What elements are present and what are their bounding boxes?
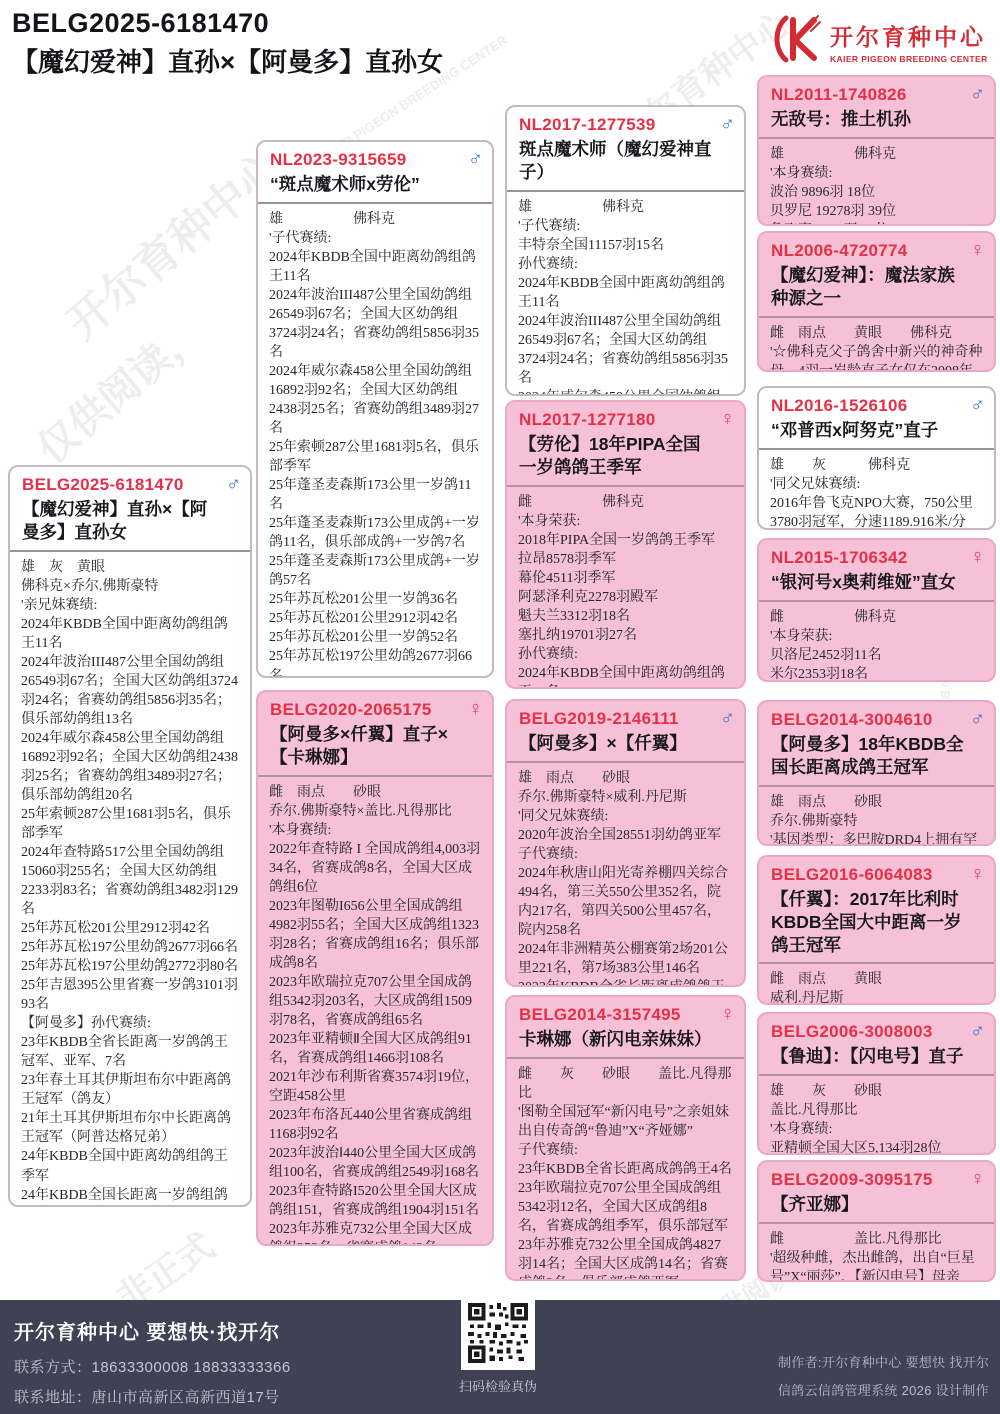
pedigree-card-granddam-2: BELG2014-3157495 ♀ 卡琳娜（新闪电亲妹妹） 雌 灰 砂眼 盖比…: [505, 995, 746, 1281]
male-icon: ♂: [720, 708, 735, 728]
pedigree-card-mother: BELG2020-2065175 ♀ 【阿曼多×仟翼】直子×【卡琳娜】 雌 雨点…: [256, 690, 494, 1246]
card-title: “斑点魔术师x劳伦”: [270, 173, 462, 196]
card-header: NL2017-1277180 ♀ 【劳伦】18年PIPA全国一岁鸽鸽王季军: [507, 402, 744, 487]
card-title: 【阿曼多】18年KBDB全国长距离成鸽王冠军: [771, 733, 964, 779]
card-header: NL2015-1706342 ♀ “银河号x奥莉维娅”直女: [759, 540, 994, 602]
male-icon: ♂: [226, 474, 241, 494]
card-header: NL2023-9315659 ♂ “斑点魔术师x劳伦”: [258, 142, 492, 204]
page-title: BELG2025-6181470 【魔幻爱神】直孙×【阿曼多】直孙女: [12, 8, 443, 79]
male-icon: ♂: [970, 1021, 985, 1041]
card-body: 雌 雨点 砂眼 乔尔.佛斯豪特×盖比.凡得那比 '本身赛绩: 2022年查特路 …: [258, 777, 492, 1247]
pedigree-card-ggp-3: NL2016-1526106 ♂ “邓普西x阿努克”直子 雄 灰 佛科克 '同父…: [757, 386, 996, 530]
female-icon: ♀: [720, 1004, 735, 1024]
card-body: 雄 雨点 砂眼 乔尔.佛斯豪特 '基因类型：多巴胺DRD4上拥有罕见的ICTCT…: [759, 787, 994, 847]
ring-number: BELG2025-6181470: [22, 475, 220, 495]
card-title: 【阿曼多×仟翼】直子×【卡琳娜】: [270, 723, 462, 769]
card-title: “银河号x奥莉维娅”直女: [771, 571, 964, 594]
footer-maker-line1: 制作者:开尔育种中心 要想快 找开尔: [778, 1352, 989, 1371]
card-header: BELG2009-3095175 ♀ 【齐亚娜】: [759, 1162, 994, 1224]
card-title: 斑点魔术师（魔幻爱神直子）: [519, 138, 714, 184]
card-header: BELG2006-3008003 ♂ 【鲁迪】：【闪电号】直子: [759, 1014, 994, 1076]
card-title: 无敌号：推土机孙: [771, 108, 964, 131]
ring-number: NL2011-1740826: [771, 85, 964, 105]
ring-number: BELG2014-3004610: [771, 710, 964, 730]
ring-number: NL2016-1526106: [771, 396, 964, 416]
card-title: 【魔幻爱神】：魔法家族种源之一: [771, 264, 964, 310]
ring-number: BELG2006-3008003: [771, 1022, 964, 1042]
ring-number: NL2017-1277539: [519, 115, 714, 135]
footer-slogan: 开尔育种中心 要想快·找开尔: [14, 1316, 280, 1345]
pedigree-card-ggp-5: BELG2014-3004610 ♂ 【阿曼多】18年KBDB全国长距离成鸽王冠…: [757, 700, 996, 846]
male-icon: ♂: [468, 149, 483, 169]
card-title: 【鲁迪】：【闪电号】直子: [771, 1045, 964, 1068]
card-header: BELG2020-2065175 ♀ 【阿曼多×仟翼】直子×【卡琳娜】: [258, 692, 492, 777]
brand-name-cn: 开尔育种中心: [830, 19, 988, 52]
female-icon: ♀: [970, 547, 985, 567]
card-body: 雄 佛科克 '子代赛绩: 丰特奈全国11157羽15名 孙代赛绩: 2024年K…: [507, 192, 744, 397]
pedigree-card-ggp-1: NL2011-1740826 ♂ 无敌号：推土机孙 雄 佛科克 '本身赛绩: 波…: [757, 75, 996, 226]
brand-name-en: KAIER PIGEON BREEDING CENTER: [830, 54, 988, 64]
qr-label: 扫码检验真伪: [441, 1376, 555, 1395]
footer-address: 联系地址：唐山市高新区高新西道17号: [14, 1386, 280, 1407]
card-title: 【阿曼多】×【仟翼】: [519, 732, 714, 755]
ring-number: BELG2014-3157495: [519, 1005, 714, 1025]
female-icon: ♀: [720, 409, 735, 429]
pedigree-card-grandsire-1: NL2017-1277539 ♂ 斑点魔术师（魔幻爱神直子） 雄 佛科克 '子代…: [505, 105, 746, 396]
pedigree-card-ggp-8: BELG2009-3095175 ♀ 【齐亚娜】 雌 盖比.凡得那比 '超级种雌…: [757, 1160, 996, 1282]
female-icon: ♀: [970, 1169, 985, 1189]
qr-code: [461, 1296, 535, 1370]
watermark: 仅供阅读，: [23, 302, 213, 474]
card-body: 雄 灰 黄眼 佛科克×乔尔.佛斯豪特 '亲兄妹赛绩: 2024年KBDB全国中距…: [10, 552, 250, 1208]
ring-number: NL2023-9315659: [270, 150, 462, 170]
ring-number: BELG2009-3095175: [771, 1170, 964, 1190]
card-header: BELG2019-2146111 ♂ 【阿曼多】×【仟翼】: [507, 701, 744, 763]
ring-number: NL2017-1277180: [519, 410, 714, 430]
male-icon: ♂: [970, 84, 985, 104]
pedigree-card-ggp-2: NL2006-4720774 ♀ 【魔幻爱神】：魔法家族种源之一 雌 雨点 黄眼…: [757, 231, 996, 372]
card-body: 雌 佛科克 '本身荣获: 贝洛尼2452羽11名 米尔2353羽18名 查特鲁1…: [759, 602, 994, 682]
footer-maker-line2: 信鸽云信鸽管理系统 2026 设计制作: [778, 1380, 989, 1399]
card-body: 雌 灰 砂眼 盖比.凡得那比 '图勒全国冠军“新闪电号”之亲姐妹 出自传奇鸽“鲁…: [507, 1059, 744, 1281]
card-body: 雌 雨点 黄眼 威利.丹尼斯 '超级赛雌【仟翼】本身赛绩: 2017年比利时KB…: [759, 964, 994, 1005]
card-title: 【齐亚娜】: [771, 1193, 964, 1216]
card-header: NL2006-4720774 ♀ 【魔幻爱神】：魔法家族种源之一: [759, 233, 994, 318]
pedigree-card-ggp-6: BELG2016-6064083 ♀ 【仟翼】：2017年比利时KBDB全国大中…: [757, 855, 996, 1005]
card-header: BELG2016-6064083 ♀ 【仟翼】：2017年比利时KBDB全国大中…: [759, 857, 994, 964]
pedigree-card-ggp-7: BELG2006-3008003 ♂ 【鲁迪】：【闪电号】直子 雄 灰 砂眼 盖…: [757, 1012, 996, 1155]
female-icon: ♀: [970, 240, 985, 260]
kaier-logo-icon: [766, 14, 822, 69]
ring-number: BELG2016-6064083: [771, 865, 964, 885]
card-body: 雄 灰 佛科克 '同父兄妹赛绩: 2016年鲁飞克NPO大赛，750公里3780…: [759, 450, 994, 530]
card-header: NL2011-1740826 ♂ 无敌号：推土机孙: [759, 77, 994, 139]
brand-name: 开尔育种中心 KAIER PIGEON BREEDING CENTER: [830, 19, 988, 64]
card-title: “邓普西x阿努克”直子: [771, 419, 964, 442]
ring-number: NL2015-1706342: [771, 548, 964, 568]
card-body: 雄 灰 砂眼 盖比.凡得那比 '本身赛绩: 亚精顿全国大区5,134羽28位 亚…: [759, 1076, 994, 1155]
male-icon: ♂: [720, 114, 735, 134]
pedigree-card-granddam-1: NL2017-1277180 ♀ 【劳伦】18年PIPA全国一岁鸽鸽王季军 雌 …: [505, 400, 746, 689]
female-icon: ♀: [970, 864, 985, 884]
female-icon: ♀: [468, 699, 483, 719]
card-body: 雌 佛科克 '本身荣获: 2018年PIPA全国一岁鸽鸽王季军 拉昂8578羽季…: [507, 487, 744, 690]
pedigree-card-father: NL2023-9315659 ♂ “斑点魔术师x劳伦” 雄 佛科克 '子代赛绩:…: [256, 140, 494, 678]
card-title: 【劳伦】18年PIPA全国一岁鸽鸽王季军: [519, 433, 714, 479]
card-body: 雄 雨点 砂眼 乔尔.佛斯豪特×威利.丹尼斯 '同父兄妹赛绩: 2020年波治全…: [507, 763, 744, 987]
ring-number: BELG2019-2146111: [519, 709, 714, 729]
footer-contact: 联系方式：18633300008 18833333366: [14, 1356, 291, 1377]
card-body: 雄 佛科克 '本身赛绩: 波治 9896羽 18位 贝罗尼 19278羽 39位…: [759, 139, 994, 226]
card-header: NL2016-1526106 ♂ “邓普西x阿努克”直子: [759, 388, 994, 450]
card-title: 【魔幻爱神】直孙×【阿曼多】直孙女: [22, 498, 220, 544]
card-title: 【仟翼】：2017年比利时KBDB全国大中距离一岁鸽王冠军: [771, 888, 964, 956]
ring-number: BELG2020-2065175: [270, 700, 462, 720]
male-icon: ♂: [970, 395, 985, 415]
brand-logo: 开尔育种中心 KAIER PIGEON BREEDING CENTER: [766, 14, 988, 69]
page-title-ring: BELG2025-6181470: [12, 8, 443, 39]
card-body: 雌 盖比.凡得那比 '超级种雌，杰出雌鸽，出自“巨星号”X“丽莎”，【新闪电号】…: [759, 1224, 994, 1282]
pedigree-card-grandsire-2: BELG2019-2146111 ♂ 【阿曼多】×【仟翼】 雄 雨点 砂眼 乔尔…: [505, 699, 746, 987]
male-icon: ♂: [970, 709, 985, 729]
card-header: NL2017-1277539 ♂ 斑点魔术师（魔幻爱神直子）: [507, 107, 744, 192]
card-header: BELG2014-3004610 ♂ 【阿曼多】18年KBDB全国长距离成鸽王冠…: [759, 702, 994, 787]
card-body: 雌 雨点 黄眼 佛科克 '☆佛科克父子鸽舍中新兴的神奇种母，4羽一岁龄直子女仅在…: [759, 318, 994, 373]
page-title-cross: 【魔幻爱神】直孙×【阿曼多】直孙女: [12, 42, 443, 79]
card-body: 雄 佛科克 '子代赛绩: 2024年KBDB全国中距离幼鸽组鸽王11名 2024…: [258, 204, 492, 678]
card-title: 卡琳娜（新闪电亲妹妹）: [519, 1028, 714, 1051]
ring-number: NL2006-4720774: [771, 241, 964, 261]
pedigree-card-subject: BELG2025-6181470 ♂ 【魔幻爱神】直孙×【阿曼多】直孙女 雄 灰…: [8, 465, 252, 1207]
card-header: BELG2025-6181470 ♂ 【魔幻爱神】直孙×【阿曼多】直孙女: [10, 467, 250, 552]
pedigree-card-ggp-4: NL2015-1706342 ♀ “银河号x奥莉维娅”直女 雌 佛科克 '本身荣…: [757, 538, 996, 682]
card-header: BELG2014-3157495 ♀ 卡琳娜（新闪电亲妹妹）: [507, 997, 744, 1059]
